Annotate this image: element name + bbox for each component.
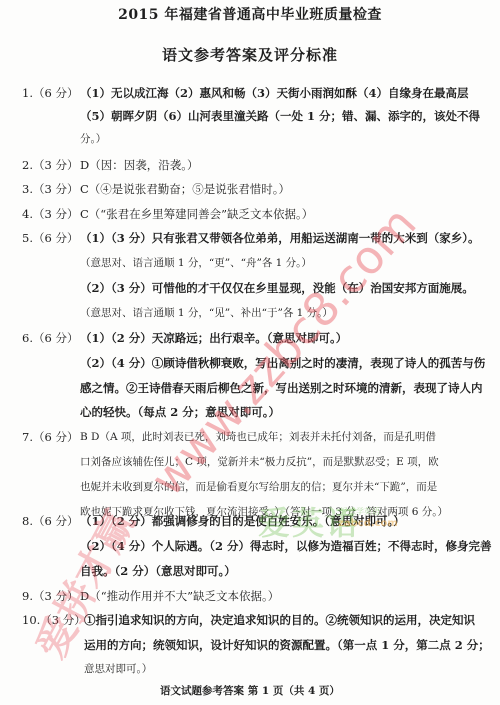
answer-line: 口刘备应该辅佐侄儿；C 项，觉新并未“极力反抗”，而是默默忍受；E 项，欧 (80, 454, 439, 470)
document-title: 2015 年福建省普通高中毕业班质量检查 (0, 4, 500, 24)
answer-line: （2）（4 分）个人际遇。（2 分）得志时，以修为造福百姓；不得志时，修身完善 (80, 538, 492, 554)
page-footer: 语文试题参考答案 第 1 页（共 4 页） (0, 683, 500, 698)
question-3-header: 3.（3 分） (22, 181, 78, 197)
answer-line: 意思对即可。） (84, 661, 152, 677)
answer-line: （1）无以成江海（2）惠风和畅（3）天街小雨润如酥（4）自缘身在最高层 (80, 85, 469, 101)
question-2-header: 2.（3 分） (22, 157, 78, 173)
question-4-header: 4.（3 分） (22, 206, 78, 222)
answer-line: C（④是说张君勤奋；⑤是说张君惜时。） (80, 181, 290, 197)
question-score: （6 分） (33, 231, 78, 245)
answer-line: （2）（3 分）可惜他的才干仅仅在乡里显现，没能（在）治国安邦方面施展。 (80, 280, 474, 296)
answer-line: D（“推动作用并不大”缺乏文本依据。） (80, 588, 279, 604)
answer-line: B D（A 项，此时刘表已死，刘琦也已成年；刘表并未托付刘备，而是孔明借 (80, 429, 436, 445)
answer-line: 分。） (80, 131, 106, 147)
document-subtitle: 语文参考答案及评分标准 (0, 44, 500, 65)
answer-line: D（因：因袭，沿袭。） (80, 157, 198, 173)
answer-line: 运用的方向；统领知识，设计好知识的资源配置。（第一点 1 分，第二点 2 分； (84, 637, 490, 653)
question-5-header: 5.（6 分） (22, 230, 78, 246)
question-number: 6. (22, 331, 33, 345)
question-score: （3 分） (33, 207, 78, 221)
answer-line: ①指引追求知识的方向，决定追求知识的目的。②统领知识的运用，决定知识 (84, 612, 475, 628)
question-score: （6 分） (33, 86, 78, 100)
question-number: 4. (22, 207, 33, 221)
answer-line: （意思对、语言通顺 1 分，“更”、“舟”各 1 分。） (80, 255, 312, 271)
question-score: （6 分） (33, 331, 78, 345)
question-score: （3 分） (33, 589, 78, 603)
question-number: 7. (22, 430, 33, 444)
question-10-header: 10.（3 分） (22, 612, 86, 628)
question-8-header: 8.（6 分） (22, 513, 78, 529)
answer-line: 心的轻快。（每点 2 分；意思对即可。） (80, 404, 280, 420)
question-number: 9. (22, 589, 33, 603)
question-score: （6 分） (33, 514, 78, 528)
answer-line: （意思对、语言通顺 1 分，“见”、补出“于”各 1 分。） (80, 305, 333, 321)
question-1-header: 1.（6 分） (22, 85, 78, 101)
question-number: 8. (22, 514, 33, 528)
question-number: 3. (22, 182, 33, 196)
answer-line: C（“张君在乡里筹建同善会”缺乏文本依据。） (80, 206, 313, 222)
answer-line: 自我。（2 分）（意思对即可。） (80, 563, 236, 579)
answer-line: （2）（4 分）①顾诗借秋柳衰败，写出离别之时的凄清，表现了诗人的孤苦与伤 (80, 355, 485, 371)
question-number: 2. (22, 158, 33, 172)
answer-line: （1）（3 分）只有张君又带领各位弟弟，用船运送湖南一带的大米到（家乡）。 (80, 230, 480, 246)
answer-line: （1）（2 分）都强调修身的目的是使百姓安乐。（意思对即可。） (80, 513, 405, 529)
question-6-header: 6.（6 分） (22, 330, 78, 346)
answer-line: （1）（2 分）天凉路远；出行艰辛。（意思对即可。） (80, 330, 347, 346)
answer-key-page: 2015 年福建省普通高中毕业班质量检查 语文参考答案及评分标准 1.（6 分）… (0, 0, 500, 705)
answer-line: （5）朝晖夕阴（6）山河表里潼关路（一处 1 分；错、漏、添字的，该处不得 (80, 108, 480, 124)
question-number: 1. (22, 86, 33, 100)
question-score: （3 分） (33, 182, 78, 196)
question-number: 10. (22, 613, 40, 627)
question-9-header: 9.（3 分） (22, 588, 78, 604)
question-score: （3 分） (40, 613, 85, 627)
answer-line: 也妮并未收到夏尔的信，而是偷看夏尔写给朋友的信；夏尔并未“下跪”，而是 (80, 479, 437, 495)
question-number: 5. (22, 231, 33, 245)
answer-line: 感之情。②王诗借春天雨后柳色之新，写出送别之时环境的清新，表现了诗人内 (80, 380, 483, 396)
question-score: （3 分） (33, 158, 78, 172)
question-score: （6 分） (33, 430, 78, 444)
question-7-header: 7.（6 分） (22, 429, 78, 445)
